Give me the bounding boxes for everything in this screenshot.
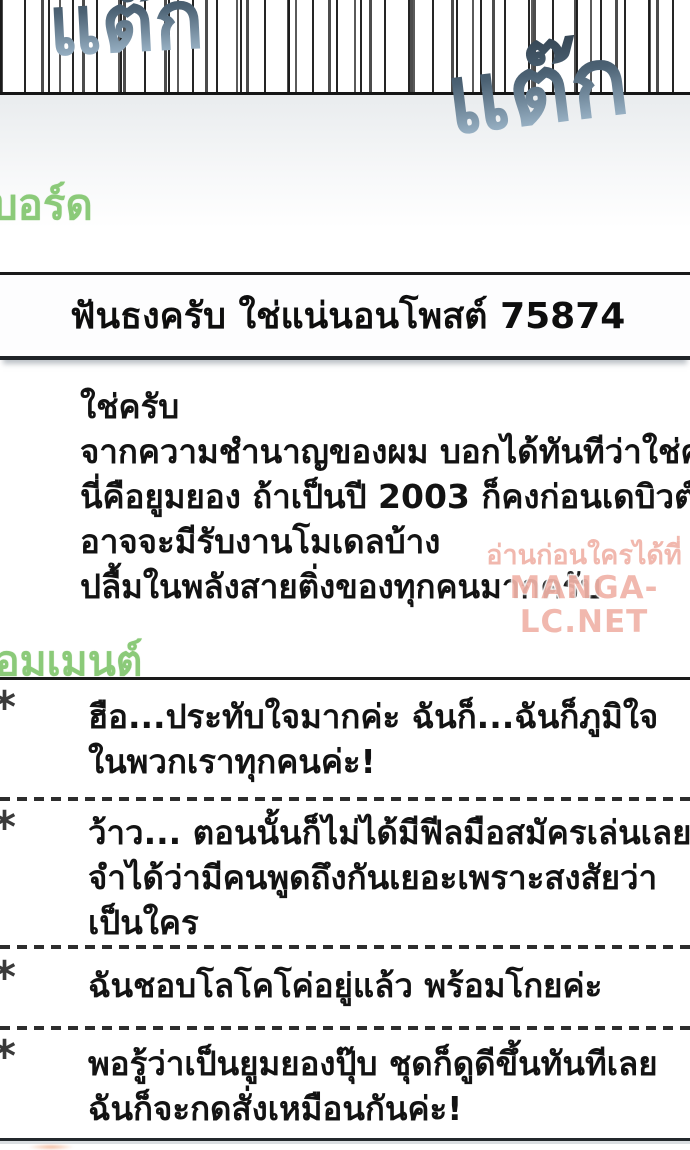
comment-row: * ฉันชอบโลโคโค่อยู่แล้ว พร้อมโกยค่ะ xyxy=(0,949,690,1026)
bottom-panel-border xyxy=(0,1138,690,1141)
post-title[interactable]: ฟันธงครับ ใช่แน่นอน xyxy=(70,287,399,344)
comment-line: ว้าว... ตอนนั้นก็ไม่ได้มีฟีลมือสมัครเล่น… xyxy=(88,810,690,855)
post-body-line: นี่คือยูมยอง ถ้าเป็นปี 2003 ก็คงก่อนเดบิ… xyxy=(80,474,690,519)
board-section-label: บอร์ด xyxy=(0,172,93,238)
asterisk-bullet-icon: * xyxy=(0,963,16,993)
comments-section-label: อมเมนต์ xyxy=(0,629,142,694)
asterisk-bullet-icon: * xyxy=(0,1042,16,1072)
comment-line: ฮือ...ประทับใจมากค่ะ ฉันก็...ฉันก็ภูมิใจ xyxy=(88,694,690,739)
comment-line: ฉันชอบโลโคโค่อยู่แล้ว พร้อมโกยค่ะ xyxy=(88,963,690,1008)
comment-line: ในพวกเราทุกคนค่ะ! xyxy=(88,739,690,784)
comment-row: * พอรู้ว่าเป็นยูมยองปุ๊บ ชุดก็ดูดีขึ้นทั… xyxy=(0,1030,690,1138)
comment-line: เป็นใคร xyxy=(88,900,690,945)
post-body-line: จากความชำนาญของผม บอกได้ทันทีว่าใช่ครับ xyxy=(80,429,690,474)
comment-line: พอรู้ว่าเป็นยูมยองปุ๊บ ชุดก็ดูดีขึ้นทันท… xyxy=(88,1041,690,1086)
ink-smudge xyxy=(28,1144,74,1150)
comment-row: * ว้าว... ตอนนั้นก็ไม่ได้มีฟีลมือสมัครเล… xyxy=(0,801,690,945)
comment-row: * ฮือ...ประทับใจมากค่ะ ฉันก็...ฉันก็ภูมิ… xyxy=(0,684,690,797)
sfx-tak-left: แต๊ก xyxy=(45,0,207,92)
post-body: ใช่ครับ จากความชำนาญของผม บอกได้ทันทีว่า… xyxy=(0,362,690,628)
sfx-tak-right: แต๊ก xyxy=(437,3,637,176)
post-body-line: ใช่ครับ xyxy=(80,384,690,429)
comment-line: ฉันก็จะกดสั่งเหมือนกันค่ะ! xyxy=(88,1086,690,1131)
post-body-line: อาจจะมีรับงานโมเดลบ้าง xyxy=(80,519,690,564)
post-title-row[interactable]: ฟันธงครับ ใช่แน่นอน โพสต์ 75874 xyxy=(0,272,690,360)
asterisk-bullet-icon: * xyxy=(0,693,16,723)
comic-forum-page: แต๊ก แต๊ก บอร์ด ฟันธงครับ ใช่แน่นอน โพสต… xyxy=(0,0,690,1150)
asterisk-bullet-icon: * xyxy=(0,813,16,843)
post-count-label: โพสต์ 75874 xyxy=(399,287,625,344)
comment-line: จำได้ว่ามีคนพูดถึงกันเยอะเพราะสงสัยว่า xyxy=(88,855,690,900)
post-body-line: ปลื้มในพลังสายติ่งของทุกคนมากครับ xyxy=(80,564,690,609)
